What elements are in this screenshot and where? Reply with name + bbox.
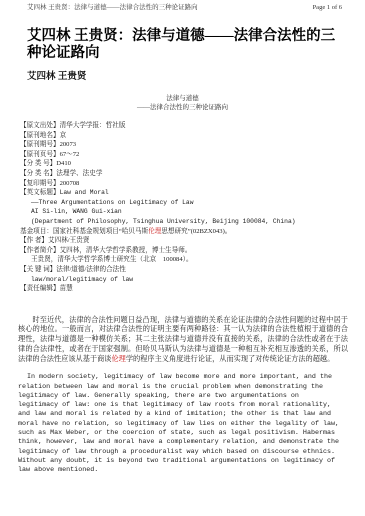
metadata-line: 【作 者】艾四林/王贵贤 [20,236,351,246]
metadata-line: 【分 类 号】D410 [20,159,351,169]
metadata-line: 【分 类 名】法理学、法史学 [20,169,351,179]
abstract-en-line: and law and moral is related by a kind o… [18,410,365,419]
text-segment: 学的程序主义角度进行论证，从而实现了对传统论证方法的超越。 [126,355,334,363]
abstract-en-line: law above mentioned. [18,466,365,475]
abstract-en-line: legitimacy of law through a proceduralis… [18,448,365,457]
abstract-en-line: such as Max Weber, or the coercion of st… [18,429,365,438]
metadata-value: 法律/道德/法律的合法性 [56,266,126,273]
metadata-line: 【责任编辑】苗慧 [20,284,351,294]
metadata-value: D410 [56,160,71,167]
article-title: 艾四林 王贵贤：法律与道德——法律合法性的三种论证路向 [27,28,347,61]
abstract-english: In modern society, legitimacy of law bec… [18,373,365,475]
abstract-en-line: legitimacy of law: one is that legitimac… [18,401,365,410]
metadata-value: 20073 [60,141,76,148]
metadata-label: 【责任编辑】 [20,285,60,292]
subtitle-line-2: ——法律合法性的三种论证路向 [0,104,365,113]
metadata-label: 【作 者】 [20,237,48,244]
metadata-line: (Department of Philosophy, Tsinghua Univ… [20,217,351,227]
metadata-value: ——Three Argumentations on Legitimacy of … [31,199,194,206]
metadata-line: 【原刊地名】京 [20,131,351,141]
metadata-value: 67～72 [60,151,80,158]
abstract-en-line: moral have no relation, so legitimacy of… [18,420,365,429]
print-header-title: 艾四林 王贵贤：法律与道德——法律合法性的三种论证路向 [27,4,198,12]
metadata-value: AI Si-lin, WANG Gui-xian [31,208,122,215]
metadata-line: 基金项目：国家社科基金规划项目“哈贝马斯伦理思想研究”(02BZX043)。 [20,227,351,237]
metadata-value: 苗慧 [60,285,73,292]
metadata-line: 【原刊页号】67～72 [20,150,351,160]
metadata-value: 200708 [60,180,80,187]
highlighted-keyword: 伦理 [148,228,161,235]
metadata-label: 【分 类 号】 [20,160,56,167]
metadata-line: 【关 键 词】法律/道德/法律的合法性 [20,265,351,275]
metadata-label: 【原刊页号】 [20,151,60,158]
metadata-line: 【作者简介】艾四林，清华大学哲学系教授，博士生导师。 [20,246,351,256]
metadata-line: 【原刊期号】20073 [20,140,351,150]
metadata-label: 【原刊期号】 [20,141,60,148]
metadata-label: 【复印期号】 [20,180,60,187]
metadata-value: 清华大学学报：哲社版 [60,122,126,129]
metadata-value: 艾四林，清华大学哲学系教授，博士生导师。 [60,247,192,254]
metadata-label: 【原刊地名】 [20,132,60,139]
print-header-page-number: Page 1 of 6 [313,4,342,12]
highlighted-keyword: 伦理 [111,355,125,363]
metadata-value: law/moral/legitimacy of law [31,276,133,283]
article-authors: 艾四林 王贵贤 [27,68,365,82]
abstract-en-line: legitimacy of law. Generally speaking, t… [18,392,365,401]
metadata-label: 【关 键 词】 [20,266,56,273]
metadata-value: 京 [60,132,67,139]
metadata-value: 王贵贤，清华大学哲学系博士研究生（北京 100084）。 [31,256,193,263]
metadata-line: 王贵贤，清华大学哲学系博士研究生（北京 100084）。 [20,255,351,265]
metadata-value: 法理学、法史学 [56,170,102,177]
metadata-label: 【作者简介】 [20,247,60,254]
metadata-label: 【英文标题】 [20,189,60,196]
metadata-value: (Department of Philosophy, Tsinghua Univ… [31,218,296,225]
document-page: 艾四林 王贵贤：法律与道德——法律合法性的三种论证路向 Page 1 of 6 … [0,0,365,516]
abstract-en-line: think, however, law and moral have a com… [18,438,365,447]
text-segment: 基金项目：国家社科基金规划项目“哈贝马斯 [20,228,148,235]
metadata-label: 【原文出处】 [20,122,60,129]
abstract-chinese: 时至近代，法律的合法性问题日益凸现，法律与道德的关系在论证法律的合法性问题的过程… [18,316,348,365]
print-header: 艾四林 王贵贤：法律与道德——法律合法性的三种论证路向 Page 1 of 6 [0,0,365,12]
metadata-label: 【分 类 名】 [20,170,56,177]
metadata-block: 【原文出处】清华大学学报：哲社版【原刊地名】京【原刊期号】20073【原刊页号】… [20,121,351,294]
abstract-en-line: relation between law and moral is the cr… [18,383,365,392]
metadata-line: ——Three Argumentations on Legitimacy of … [20,198,351,208]
abstract-en-line: In modern society, legitimacy of law bec… [18,373,365,382]
metadata-line: AI Si-lin, WANG Gui-xian [20,207,351,217]
metadata-value: Law and Moral [60,189,109,196]
abstract-en-line: Without any doubt, it is beyond two trad… [18,457,365,466]
metadata-line: 【复印期号】200708 [20,179,351,189]
metadata-value: 艾四林/王贵贤 [48,237,89,244]
text-segment: 思想研究”(02BZX043)。 [161,228,231,235]
article-subtitle: 法律与道德 ——法律合法性的三种论证路向 [0,95,365,112]
metadata-line: 【原文出处】清华大学学报：哲社版 [20,121,351,131]
metadata-line: 【英文标题】Law and Moral [20,188,351,198]
subtitle-line-1: 法律与道德 [0,95,365,104]
metadata-line: law/moral/legitimacy of law [20,275,351,285]
